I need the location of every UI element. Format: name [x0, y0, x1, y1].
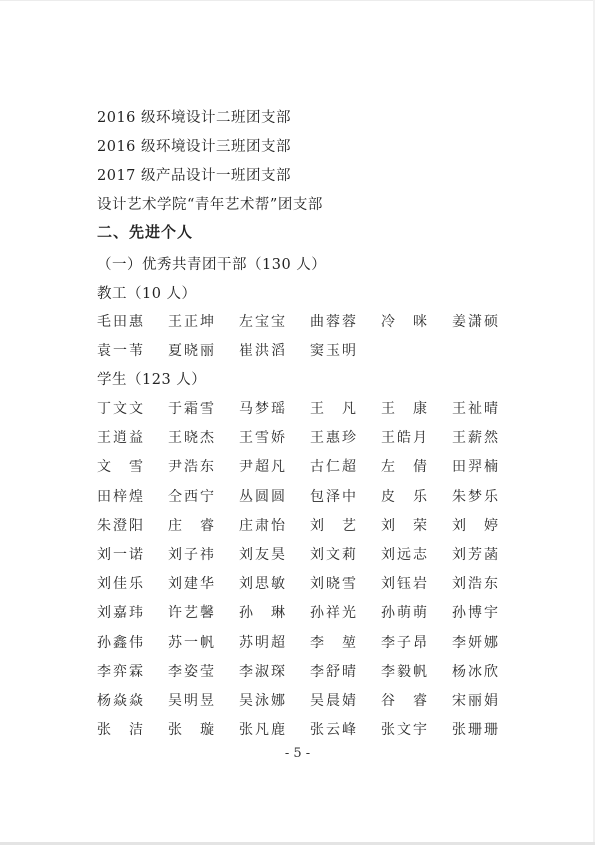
person-name: 张 洁: [97, 719, 145, 739]
person-name: 朱梦乐: [452, 486, 500, 506]
person-name: 孙萌萌: [381, 602, 429, 622]
person-name: 皮 乐: [381, 486, 429, 506]
person-name: 杨焱焱: [97, 690, 145, 710]
subsection-heading: （一）优秀共青团干部（130 人）: [97, 253, 326, 274]
person-name: 张文宇: [381, 719, 429, 739]
person-name: 毛田惠: [97, 311, 145, 331]
person-name: 孙鑫伟: [97, 632, 145, 652]
person-name: 刘 荣: [381, 515, 429, 535]
person-name: 刘佳乐: [97, 573, 145, 593]
person-name: 李姿莹: [168, 661, 216, 681]
name-row: 毛田惠王正坤左宝宝曲蓉蓉冷 咪姜潇硕: [97, 311, 517, 331]
section-heading: 二、先进个人: [97, 221, 193, 242]
person-name: 王 凡: [310, 398, 358, 418]
person-name: 张珊珊: [452, 719, 500, 739]
page-number: - 5 -: [0, 746, 595, 761]
person-name: 苏明超: [239, 632, 287, 652]
name-row: 刘嘉玮许艺馨孙 琳孙祥光孙萌萌孙博宇: [97, 602, 517, 622]
person-name: 李淑琛: [239, 661, 287, 681]
person-name: 古仁超: [310, 456, 358, 476]
person-name: 谷 睿: [381, 690, 429, 710]
person-name: 刘思敏: [239, 573, 287, 593]
person-name: 刘晓雪: [310, 573, 358, 593]
unit-line: 设计艺术学院“青年艺术帮”团支部: [97, 193, 323, 214]
name-row: 袁一苇夏晓丽崔洪滔窦玉明: [97, 340, 517, 360]
person-name: 杨冰欣: [452, 661, 500, 681]
person-name: 田羿楠: [452, 456, 500, 476]
person-name: 窦玉明: [310, 340, 358, 360]
unit-line: 2016 级环境设计二班团支部: [97, 106, 291, 127]
name-row: 张 洁张 璇张凡鹿张云峰张文宇张珊珊: [97, 719, 517, 739]
person-name: 孙祥光: [310, 602, 358, 622]
person-name: 孙博宇: [452, 602, 500, 622]
person-name: 孙 琳: [239, 602, 287, 622]
name-row: 杨焱焱吴明昱吴泳娜吴晨婧谷 睿宋丽娟: [97, 690, 517, 710]
name-row: 孙鑫伟苏一帆苏明超李 堃李子昂李妍娜: [97, 632, 517, 652]
name-row: 田梓煌仝西宁丛圆圆包泽中皮 乐朱梦乐: [97, 486, 517, 506]
person-name: 文 雪: [97, 456, 145, 476]
person-name: 刘建华: [168, 573, 216, 593]
name-row: 文 雪尹浩东尹超凡古仁超左 倩田羿楠: [97, 456, 517, 476]
person-name: 崔洪滔: [239, 340, 287, 360]
person-name: 庄肃怡: [239, 515, 287, 535]
person-name: 曲蓉蓉: [310, 311, 358, 331]
unit-line: 2016 级环境设计三班团支部: [97, 135, 291, 156]
person-name: 王薪然: [452, 427, 500, 447]
person-name: 庄 睿: [168, 515, 216, 535]
name-row: 李弈霖李姿莹李淑琛李舒晴李毅帆杨冰欣: [97, 661, 517, 681]
name-row: 刘佳乐刘建华刘思敏刘晓雪刘钰岩刘浩东: [97, 573, 517, 593]
person-name: 朱澄阳: [97, 515, 145, 535]
person-name: 刘友昊: [239, 544, 287, 564]
person-name: 丁文文: [97, 398, 145, 418]
person-name: 许艺馨: [168, 602, 216, 622]
person-name: 田梓煌: [97, 486, 145, 506]
person-name: 王 康: [381, 398, 429, 418]
person-name: 吴明昱: [168, 690, 216, 710]
person-name: 刘 艺: [310, 515, 358, 535]
name-row: 朱澄阳庄 睿庄肃怡刘 艺刘 荣刘 婷: [97, 515, 517, 535]
students-heading: 学生（123 人）: [97, 368, 206, 389]
person-name: 包泽中: [310, 486, 358, 506]
page-top-border: [0, 0, 595, 1]
person-name: 苏一帆: [168, 632, 216, 652]
person-name: 张云峰: [310, 719, 358, 739]
person-name: 李弈霖: [97, 661, 145, 681]
person-name: 李子昂: [381, 632, 429, 652]
person-name: 王雪娇: [239, 427, 287, 447]
person-name: 刘一诺: [97, 544, 145, 564]
person-name: 袁一苇: [97, 340, 145, 360]
name-row: 王逍益王晓杰王雪娇王惠珍王皓月王薪然: [97, 427, 517, 447]
name-row: 刘一诺刘子祎刘友昊刘文莉刘远志刘芳菡: [97, 544, 517, 564]
person-name: 吴泳娜: [239, 690, 287, 710]
person-name: 刘子祎: [168, 544, 216, 564]
person-name: 李毅帆: [381, 661, 429, 681]
person-name: 李 堃: [310, 632, 358, 652]
unit-line: 2017 级产品设计一班团支部: [97, 164, 291, 185]
person-name: 刘浩东: [452, 573, 500, 593]
person-name: 王祉晴: [452, 398, 500, 418]
person-name: 刘远志: [381, 544, 429, 564]
person-name: 李妍娜: [452, 632, 500, 652]
person-name: 李舒晴: [310, 661, 358, 681]
person-name: 王惠珍: [310, 427, 358, 447]
person-name: 刘芳菡: [452, 544, 500, 564]
person-name: 左宝宝: [239, 311, 287, 331]
person-name: 夏晓丽: [168, 340, 216, 360]
person-name: 宋丽娟: [452, 690, 500, 710]
person-name: 王正坤: [168, 311, 216, 331]
person-name: 刘 婷: [452, 515, 500, 535]
name-row: 丁文文于霜雪马梦瑶王 凡王 康王祉晴: [97, 398, 517, 418]
person-name: 于霜雪: [168, 398, 216, 418]
person-name: 仝西宁: [168, 486, 216, 506]
person-name: 王晓杰: [168, 427, 216, 447]
person-name: 刘嘉玮: [97, 602, 145, 622]
person-name: 左 倩: [381, 456, 429, 476]
person-name: 尹超凡: [239, 456, 287, 476]
person-name: 丛圆圆: [239, 486, 287, 506]
staff-heading: 教工（10 人）: [97, 282, 197, 303]
person-name: 王皓月: [381, 427, 429, 447]
person-name: 吴晨婧: [310, 690, 358, 710]
person-name: 尹浩东: [168, 456, 216, 476]
person-name: 冷 咪: [381, 311, 429, 331]
person-name: 张凡鹿: [239, 719, 287, 739]
person-name: 姜潇硕: [452, 311, 500, 331]
person-name: 马梦瑶: [239, 398, 287, 418]
person-name: 刘钰岩: [381, 573, 429, 593]
person-name: 刘文莉: [310, 544, 358, 564]
person-name: 王逍益: [97, 427, 145, 447]
person-name: 张 璇: [168, 719, 216, 739]
